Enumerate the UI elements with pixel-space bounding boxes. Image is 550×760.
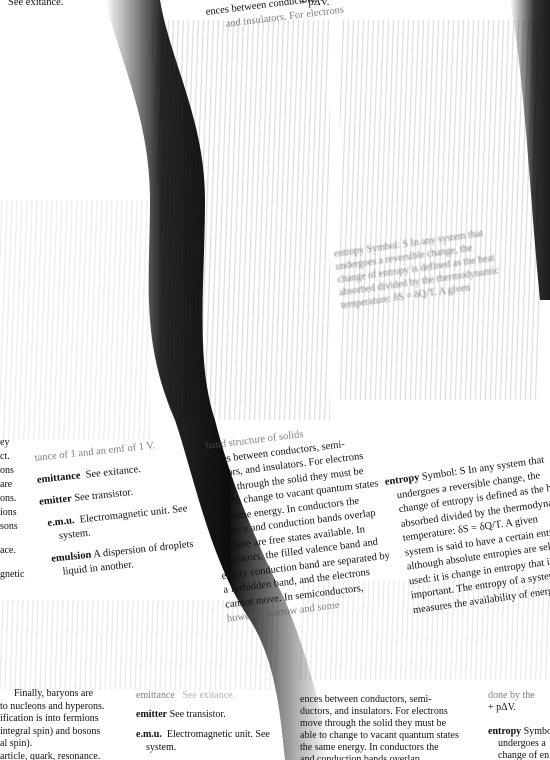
margin-fragment: ons (0, 464, 24, 478)
margin-fragment: ace. (0, 544, 24, 558)
text-line: able to change to vacant quantum states (300, 730, 459, 742)
text-line: change of en (488, 750, 550, 760)
margin-fragment: are (0, 478, 24, 492)
margin-fragment: ct. (0, 450, 24, 464)
entry-text: See transistor. (170, 709, 226, 720)
bottom-right-column: done by the + pΔV. entropy Symbol underg… (488, 690, 550, 760)
entry-emu: e.m.u. Electromagnetic unit. See (136, 729, 270, 742)
entry-term: e.m.u. (136, 729, 162, 740)
text-line: ification is into fermions (0, 713, 104, 726)
entry-term: e.m.u. (47, 515, 75, 529)
entry-entropy: entropy Symbol (488, 726, 550, 738)
text-line: done by the (488, 690, 550, 702)
text-line: Finally, baryons are (0, 688, 104, 701)
entry-term: entropy (488, 726, 521, 737)
entry-text: See exitance. (182, 690, 235, 701)
text-line: to nucleons and hyperons. (0, 701, 104, 714)
bottom-band-column: ences between conductors, semi- ductors,… (300, 694, 459, 760)
entry-emitter: emitter See transistor. (136, 709, 270, 722)
top-left-fragment: See exitance. (8, 0, 63, 10)
entry-emittance: emittance See exitance. (136, 690, 270, 703)
text-line: ences between conductors, semi- (300, 694, 459, 706)
entry-term: emittance (136, 690, 175, 701)
margin-fragment: ey (0, 436, 24, 450)
bottom-left-column: Finally, baryons are to nucleons and hyp… (0, 688, 104, 760)
text-line: undergoes a (488, 738, 550, 750)
entry-term: emitter (136, 709, 167, 720)
entry-text: Electromagnetic unit. See (167, 729, 270, 740)
bottom-middle-column: emittance See exitance. emitter See tran… (136, 690, 270, 754)
left-margin-fragments: ey ct. ons are ons. ions sons ace. gneti… (0, 436, 24, 582)
text-line: article, quark, resonance. (0, 751, 104, 760)
text-line: + pΔV. (488, 702, 550, 714)
margin-fragment: ions (0, 506, 24, 520)
entry-term: emitter (39, 493, 73, 507)
entry-text: See transistor. (74, 487, 134, 504)
entry-text: See exitance. (85, 464, 141, 481)
dark-fold-band (0, 0, 550, 760)
entry-term: entropy (384, 472, 420, 488)
margin-fragment: ons. (0, 492, 24, 506)
middle-column: band structure of solids ences between c… (205, 419, 396, 627)
left-column: tance of 1 and an emf of 1 V. emittance … (34, 436, 196, 581)
right-column: entropy Symbol: S In any system that und… (384, 451, 550, 620)
text-line: al spin). (0, 738, 104, 751)
margin-fragment: gnetic (0, 568, 24, 582)
text-line: the same energy. In conductors the (300, 742, 459, 754)
entry-text: Symbol (524, 726, 550, 737)
text-line: move through the solid they must be (300, 718, 459, 730)
entry-continuation: system. (136, 742, 270, 755)
top-right-fragment: + pΔV. (300, 0, 329, 10)
text-line: integral spin) and bosons (0, 726, 104, 739)
text-line: and conduction bands overlap (300, 754, 459, 760)
text-line: ductors, and insulators. For electrons (300, 706, 459, 718)
margin-fragment: sons (0, 520, 24, 534)
entry-term: emittance (36, 470, 81, 486)
